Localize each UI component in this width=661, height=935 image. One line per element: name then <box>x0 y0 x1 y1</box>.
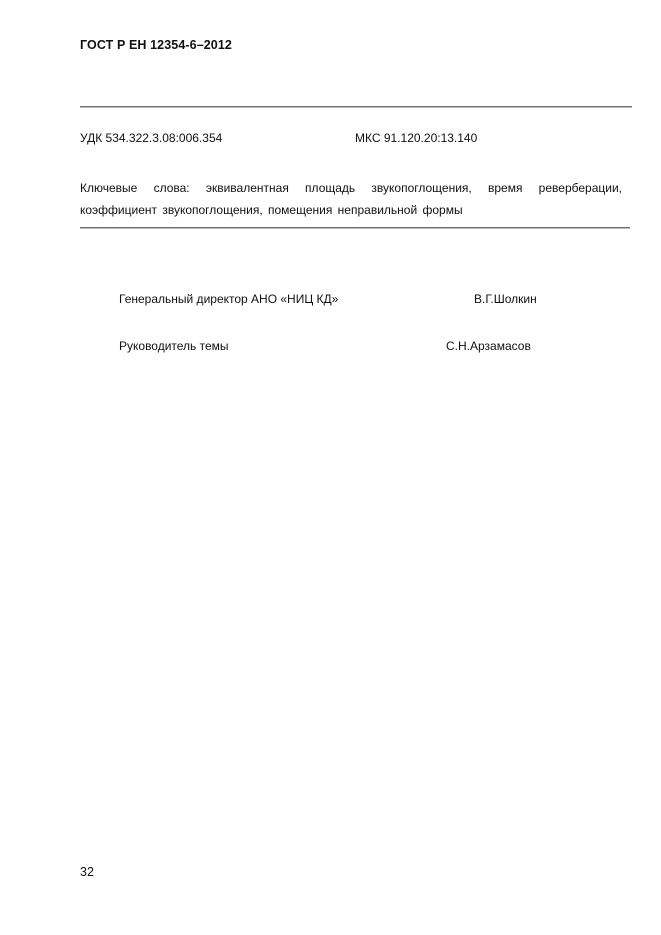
keywords-line-2: коэффициент звукопоглощения, помещения н… <box>80 199 622 221</box>
bottom-divider <box>80 227 630 229</box>
top-divider <box>80 106 632 108</box>
signature-role-topic-lead: Руководитель темы <box>119 339 229 353</box>
document-header-standard-id: ГОСТ Р ЕН 12354-6–2012 <box>80 38 232 52</box>
udk-code: УДК 534.322.3.08:006.354 <box>80 131 222 145</box>
signature-role-director: Генеральный директор АНО «НИЦ КД» <box>119 292 338 306</box>
keywords-line-1: Ключевые слова: эквивалентная площадь зв… <box>80 177 622 199</box>
page-number: 32 <box>80 865 94 879</box>
mks-code: МКС 91.120.20:13.140 <box>355 131 477 145</box>
signature-name-director: В.Г.Шолкин <box>474 292 537 306</box>
keywords-block: Ключевые слова: эквивалентная площадь зв… <box>80 177 622 221</box>
signature-name-topic-lead: С.Н.Арзамасов <box>446 339 531 353</box>
